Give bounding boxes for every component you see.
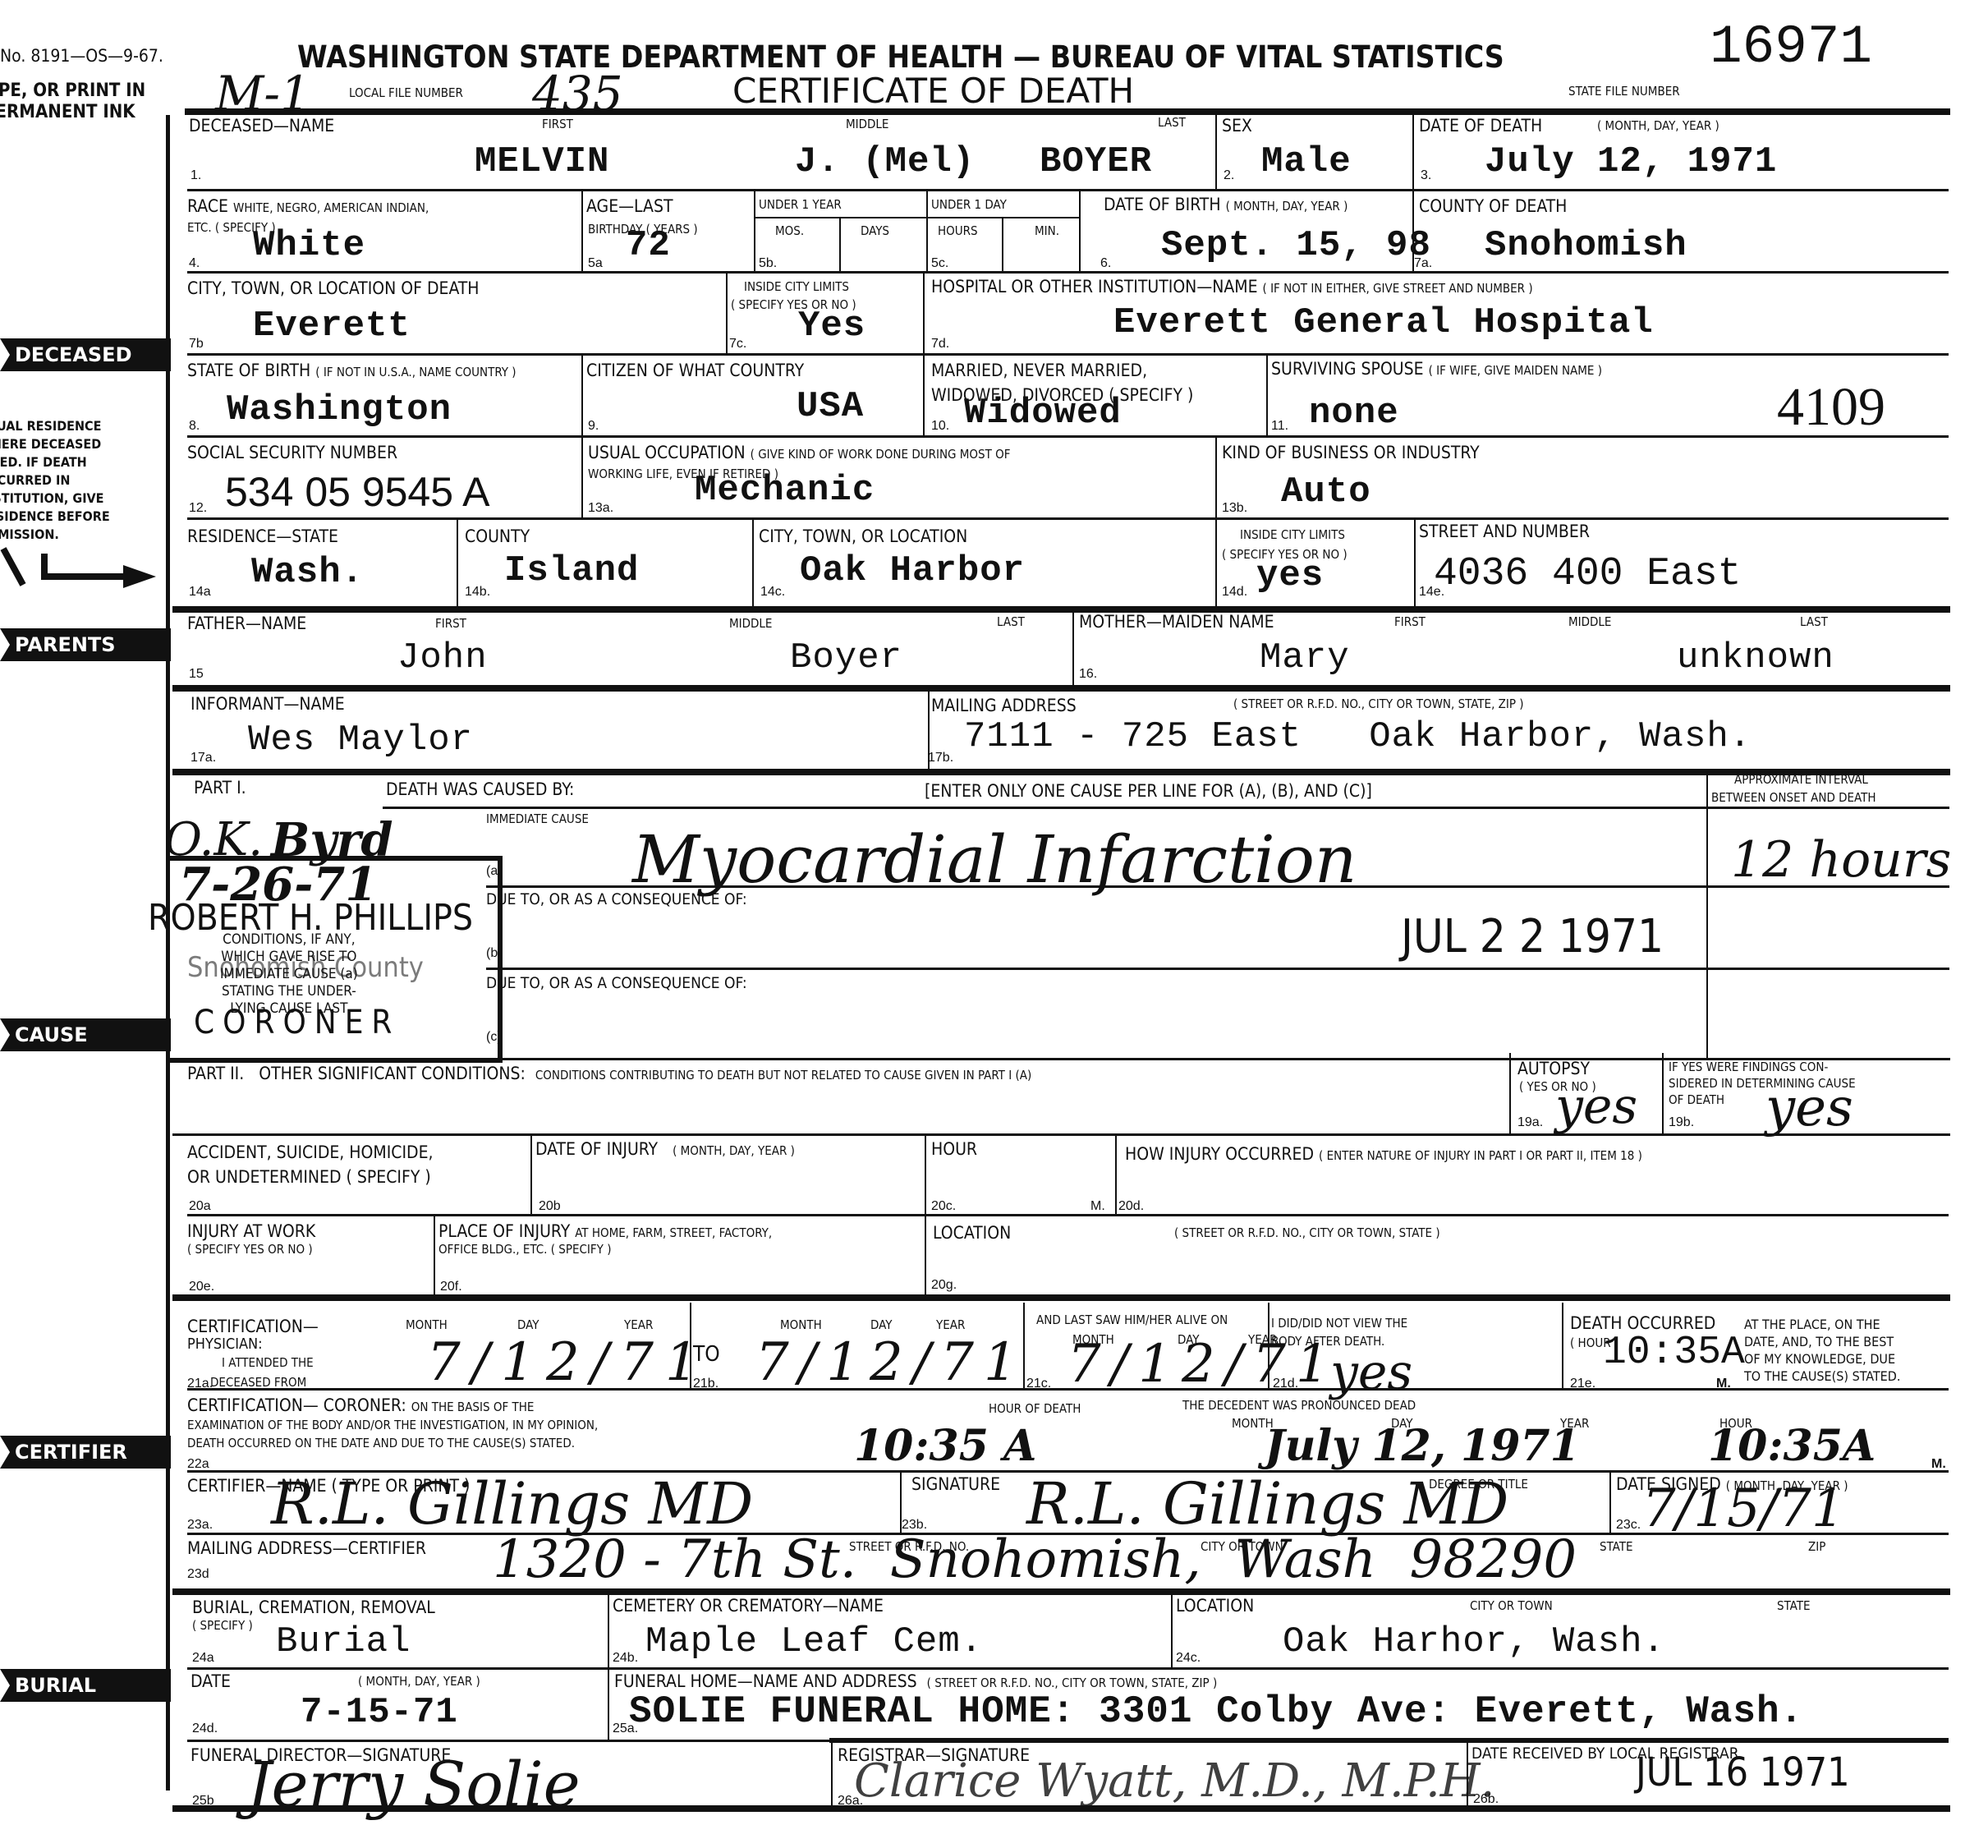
row-divider xyxy=(187,1740,836,1742)
street-label: STREET AND NUMBER xyxy=(1419,522,1590,540)
item-7c: 7c. xyxy=(729,337,746,352)
section-divider xyxy=(172,1588,1950,1595)
item-14a: 14a xyxy=(189,585,211,600)
section-divider xyxy=(172,1294,1950,1301)
item-4: 4. xyxy=(189,256,200,271)
row-divider xyxy=(486,885,1949,888)
to-date[interactable]: 7/12/71 xyxy=(755,1332,1027,1393)
injury-at-work-label: INJURY AT WORK xyxy=(187,1222,315,1240)
row-divider xyxy=(187,435,1949,438)
item-23d: 23d xyxy=(187,1567,209,1582)
divider xyxy=(1079,191,1081,271)
physician-cert-label-1: CERTIFICATION— xyxy=(187,1317,319,1335)
father-first-label: FIRST xyxy=(435,618,466,631)
divider xyxy=(1662,1053,1664,1133)
divider xyxy=(1467,1741,1468,1807)
row-divider xyxy=(486,968,1949,970)
coroner-hour-value[interactable]: 10:35 A xyxy=(854,1421,1036,1471)
section-divider xyxy=(172,769,1950,775)
item-2: 2. xyxy=(1224,168,1234,183)
interval-label-1: APPROXIMATE INTERVAL xyxy=(1734,774,1868,787)
coroner-stamp-title: CORONER xyxy=(194,1004,400,1041)
father-last[interactable]: Boyer xyxy=(790,637,902,678)
cemetery-value[interactable]: Maple Leaf Cem. xyxy=(645,1621,983,1662)
burial-location-label: LOCATION xyxy=(1176,1597,1254,1615)
min-label: MIN. xyxy=(1035,225,1059,238)
residence-county-label: COUNTY xyxy=(465,527,530,545)
item-19a: 19a. xyxy=(1517,1115,1543,1130)
citizen-label: CITIZEN OF WHAT COUNTRY xyxy=(586,361,804,379)
divider xyxy=(1215,112,1217,191)
dob-value[interactable]: Sept. 15, 98 xyxy=(1161,225,1431,266)
residence-state-label: RESIDENCE—STATE xyxy=(187,527,338,545)
street-value[interactable]: 4036 400 East xyxy=(1434,552,1741,596)
date-of-death-value[interactable]: July 12, 1971 xyxy=(1485,141,1777,182)
item-11: 11. xyxy=(1271,419,1288,434)
divider xyxy=(434,1214,435,1294)
divider xyxy=(923,353,925,435)
row-divider xyxy=(172,1133,1950,1136)
divider xyxy=(1609,1470,1611,1533)
burial-method-label: BURIAL, CREMATION, REMOVAL xyxy=(192,1598,435,1616)
item-24d: 24d. xyxy=(192,1722,218,1736)
place-of-injury-label: PLACE OF INJURY AT HOME, FARM, STREET, F… xyxy=(438,1222,772,1240)
deceased-name-label: DECEASED—NAME xyxy=(189,117,334,135)
injury-location-label: LOCATION xyxy=(933,1224,1011,1242)
burial-method-value[interactable]: Burial xyxy=(276,1621,411,1662)
item-7a: 7a. xyxy=(1414,256,1432,271)
pronounced-label: THE DECEDENT WAS PRONOUNCED DEAD xyxy=(1182,1400,1416,1413)
row-divider xyxy=(829,1738,1949,1743)
divider xyxy=(839,217,841,271)
divider xyxy=(926,191,928,271)
last-label: LAST xyxy=(1158,117,1186,130)
divider xyxy=(1072,608,1074,687)
city-of-death-value[interactable]: Everett xyxy=(253,306,411,347)
physician-cert-label-2: PHYSICIAN: xyxy=(187,1337,263,1353)
item-20a: 20a xyxy=(189,1199,211,1214)
form-top-border xyxy=(185,108,1950,115)
divider xyxy=(1268,1303,1269,1388)
state-of-birth-value[interactable]: Washington xyxy=(227,389,452,430)
item-24b: 24b. xyxy=(613,1651,638,1666)
state-file-label: STATE FILE NUMBER xyxy=(1568,85,1680,99)
business-value[interactable]: Auto xyxy=(1281,471,1371,513)
father-middle-label: MIDDLE xyxy=(729,618,772,631)
divider xyxy=(923,271,925,353)
due-to-c-label: DUE TO, OR AS A CONSEQUENCE OF: xyxy=(486,976,747,992)
certificate-title: CERTIFICATE OF DEATH xyxy=(732,71,1134,111)
citizen-value[interactable]: USA xyxy=(797,386,864,427)
item-13b: 13b. xyxy=(1222,501,1247,516)
hour-label: HOUR xyxy=(931,1140,977,1158)
marital-value[interactable]: Widowed xyxy=(964,393,1122,434)
item-5a: 5a xyxy=(588,256,603,271)
ssn-label: SOCIAL SECURITY NUMBER xyxy=(187,444,397,462)
divider xyxy=(1509,1053,1511,1133)
place-of-injury-hint: OFFICE BLDG., ETC. ( SPECIFY ) xyxy=(438,1243,611,1257)
divider xyxy=(726,271,728,353)
state-file-number[interactable]: 16971 xyxy=(1710,16,1872,78)
item-6: 6. xyxy=(1100,256,1111,271)
race-label: RACE WHITE, NEGRO, AMERICAN INDIAN, xyxy=(187,197,429,215)
tab-cause: CAUSE xyxy=(0,1018,171,1051)
burial-city-label: CITY OR TOWN xyxy=(1470,1600,1553,1613)
mailing-address-hint: ( STREET OR R.F.D. NO., CITY OR TOWN, ST… xyxy=(1233,698,1524,711)
father-first[interactable]: John xyxy=(397,637,488,678)
residence-city-value[interactable]: Oak Harbor xyxy=(800,550,1025,591)
margin-note: 4109 xyxy=(1777,376,1885,439)
coroner-stamp-county: Snohomish County xyxy=(187,951,424,984)
registrar-signature[interactable]: Clarice Wyatt, M.D., M.P.H. xyxy=(854,1754,1494,1808)
spouse-label: SURVIVING SPOUSE ( IF WIFE, GIVE MAIDEN … xyxy=(1271,360,1602,378)
residence-county-value[interactable]: Island xyxy=(504,550,639,591)
date-of-death-hint: ( MONTH, DAY, YEAR ) xyxy=(1597,120,1719,133)
burial-state-label: STATE xyxy=(1777,1600,1810,1613)
death-caused-by-label: DEATH WAS CAUSED BY: xyxy=(386,780,574,798)
age-value[interactable]: 72 xyxy=(626,225,671,266)
signature-label: SIGNATURE xyxy=(911,1475,1000,1493)
from-day-label: DAY xyxy=(517,1319,539,1332)
arrow-right-icon xyxy=(0,545,164,595)
section-divider xyxy=(172,685,1950,692)
under-1-year-label: UNDER 1 YEAR xyxy=(759,199,842,212)
divider xyxy=(1115,1133,1117,1216)
one-cause-per-line: [ENTER ONLY ONE CAUSE PER LINE FOR (a), … xyxy=(925,782,1372,800)
father-last-label: LAST xyxy=(997,616,1025,629)
hospital-label: HOSPITAL OR OTHER INSTITUTION—NAME ( IF … xyxy=(931,278,1533,296)
residence-inside-label: INSIDE CITY LIMITS xyxy=(1240,529,1345,542)
findings-value[interactable]: yes xyxy=(1765,1078,1853,1138)
sex-label: SEX xyxy=(1222,117,1252,135)
row-divider xyxy=(187,517,1949,520)
to-label: TO xyxy=(693,1344,720,1366)
item-9: 9. xyxy=(588,419,599,434)
residence-note: USUAL RESIDENCE WHERE DECEASED LIVED. IF… xyxy=(0,417,110,544)
item-14c: 14c. xyxy=(760,585,785,600)
residence-inside-value[interactable]: yes xyxy=(1256,555,1324,596)
tab-burial: BURIAL xyxy=(0,1669,171,1702)
mother-first-label: FIRST xyxy=(1394,616,1426,629)
pronounced-date[interactable]: July 12, 1971 xyxy=(1265,1421,1580,1471)
county-of-death-value[interactable]: Snohomish xyxy=(1485,225,1687,266)
death-occurred-label: DEATH OCCURRED xyxy=(1570,1314,1715,1332)
row-divider xyxy=(187,189,1949,191)
to-month-label: MONTH xyxy=(780,1319,822,1332)
father-label: FATHER—NAME xyxy=(187,614,306,632)
item-13a: 13a. xyxy=(588,501,613,516)
mother-middle-label: MIDDLE xyxy=(1568,616,1611,629)
accident-label-2: OR UNDETERMINED ( SPECIFY ) xyxy=(187,1168,431,1186)
from-month-label: MONTH xyxy=(406,1319,448,1332)
item-17b: 17b. xyxy=(928,751,953,765)
age-label: AGE—LAST xyxy=(586,197,673,215)
mother-last-label: LAST xyxy=(1800,616,1828,629)
part2-label: PART II. OTHER SIGNIFICANT CONDITIONS: C… xyxy=(187,1064,1031,1083)
item-12: 12. xyxy=(189,501,207,516)
informant-label: INFORMANT—NAME xyxy=(191,695,345,713)
city-of-death-label: CITY, TOWN, OR LOCATION OF DEATH xyxy=(187,279,480,297)
coroner-cert-text-2: EXAMINATION OF THE BODY AND/OR THE INVES… xyxy=(187,1419,598,1432)
accident-label-1: ACCIDENT, SUICIDE, HOMICIDE, xyxy=(187,1143,434,1161)
certifier-mailing-label: MAILING ADDRESS—CERTIFIER xyxy=(187,1539,426,1557)
first-label: FIRST xyxy=(542,118,573,131)
how-injury-label: HOW INJURY OCCURRED ( ENTER NATURE OF IN… xyxy=(1125,1145,1642,1163)
received-stamp: JUL 2 2 1971 xyxy=(1401,910,1664,963)
item-20c: 20c. xyxy=(931,1199,956,1214)
deceased-last[interactable]: BOYER xyxy=(1040,141,1152,182)
item-23c: 23c. xyxy=(1616,1518,1641,1533)
divider xyxy=(1215,435,1217,517)
marital-label: MARRIED, NEVER MARRIED, xyxy=(931,361,1147,379)
item-10: 10. xyxy=(931,419,949,434)
item-5c: 5c. xyxy=(931,256,948,271)
injury-at-work-hint: ( SPECIFY YES OR NO ) xyxy=(187,1243,313,1257)
section-divider xyxy=(172,606,1950,613)
item-20f: 20f. xyxy=(440,1280,462,1294)
ssn-value[interactable]: 534 05 9545 A xyxy=(225,468,490,516)
under-1-day-label: UNDER 1 DAY xyxy=(931,199,1007,212)
last-saw-label: AND LAST SAW HIM/HER ALIVE ON xyxy=(1036,1314,1228,1327)
divider xyxy=(690,1303,691,1388)
item-20d: 20d. xyxy=(1118,1199,1144,1214)
ink-instruction-2: PERMANENT INK xyxy=(0,102,135,122)
occupation-label: USUAL OCCUPATION ( GIVE KIND OF WORK DON… xyxy=(588,444,1011,462)
findings-label-3: OF DEATH xyxy=(1669,1094,1724,1107)
divider xyxy=(1562,1303,1563,1388)
item-23a: 23a. xyxy=(187,1518,213,1533)
divider xyxy=(530,1133,532,1216)
divider xyxy=(831,1741,833,1807)
item-20b: 20b xyxy=(539,1199,561,1214)
row-divider xyxy=(383,807,1949,809)
county-of-death-label: COUNTY OF DEATH xyxy=(1419,197,1567,215)
local-file-label: LOCAL FILE NUMBER xyxy=(349,87,463,100)
date-of-injury-label: DATE OF INJURY ( MONTH, DAY, YEAR ) xyxy=(535,1140,795,1158)
informant-name[interactable]: Wes Maylor xyxy=(248,719,473,761)
hours-label: HOURS xyxy=(938,225,978,238)
department-title: WASHINGTON STATE DEPARTMENT OF HEALTH — … xyxy=(297,39,1504,75)
mother-first[interactable]: Mary xyxy=(1260,637,1350,678)
death-hour-value[interactable]: 10:35A xyxy=(1603,1331,1745,1375)
item-14d: 14d. xyxy=(1222,585,1247,600)
autopsy-label: AUTOPSY xyxy=(1517,1060,1590,1078)
to-day-label: DAY xyxy=(870,1319,892,1332)
mother-last[interactable]: unknown xyxy=(1677,637,1834,678)
informant-address[interactable]: 7111 - 725 East Oak Harbor, Wash. xyxy=(964,716,1752,757)
form-bottom-border xyxy=(172,1805,1950,1812)
row-divider xyxy=(187,271,1949,274)
inside-city-value[interactable]: Yes xyxy=(798,306,865,347)
mos-label: MOS. xyxy=(775,225,804,238)
item-15: 15 xyxy=(189,667,204,682)
item-14b: 14b. xyxy=(465,585,490,600)
from-year-label: YEAR xyxy=(624,1319,653,1332)
item-24c: 24c. xyxy=(1176,1651,1201,1666)
item-8: 8. xyxy=(189,419,200,434)
burial-method-hint: ( SPECIFY ) xyxy=(192,1620,253,1633)
due-to-b-label: DUE TO, OR AS A CONSEQUENCE OF: xyxy=(486,892,747,908)
pronounced-hour[interactable]: 10:35A xyxy=(1708,1421,1876,1471)
degree-label: DEGREE OR TITLE xyxy=(1429,1478,1528,1492)
divider xyxy=(1171,1593,1173,1667)
to-year-label: YEAR xyxy=(936,1319,965,1332)
divider xyxy=(754,191,755,271)
sex-value[interactable]: Male xyxy=(1261,141,1352,182)
dob-label: DATE OF BIRTH ( MONTH, DAY, YEAR ) xyxy=(1104,195,1348,214)
certifier-zip-label: ZIP xyxy=(1808,1541,1825,1554)
residence-state-value[interactable]: Wash. xyxy=(251,552,364,593)
burial-location-value[interactable]: Oak Harhor, Wash. xyxy=(1283,1621,1665,1662)
item-7b: 7b xyxy=(189,337,204,352)
date-signed-value[interactable]: 7/15/71 xyxy=(1642,1478,1845,1539)
interval-label-2: BETWEEN ONSET AND DEATH xyxy=(1711,792,1876,805)
hour-suffix: M. xyxy=(1090,1199,1105,1214)
funeral-home-label: FUNERAL HOME—NAME AND ADDRESS ( STREET O… xyxy=(614,1672,1217,1690)
deceased-middle[interactable]: J. (Mel) xyxy=(795,141,975,182)
item-7d: 7d. xyxy=(931,337,949,352)
tab-parents: PARENTS xyxy=(0,628,171,661)
viewed-value[interactable]: yes xyxy=(1330,1344,1412,1401)
findings-label-1: IF YES WERE FINDINGS CON- xyxy=(1669,1061,1828,1074)
certifier-state-label: STATE xyxy=(1600,1541,1632,1554)
item-20g: 20g. xyxy=(931,1278,957,1293)
divider xyxy=(457,517,458,608)
item-5b: 5b. xyxy=(759,256,777,271)
row-divider xyxy=(187,1667,1949,1670)
divider xyxy=(1414,517,1416,608)
date-of-death-label: DATE OF DEATH xyxy=(1419,117,1542,135)
divider xyxy=(1002,217,1003,271)
days-label: DAYS xyxy=(861,225,889,238)
occupation-value[interactable]: Mechanic xyxy=(695,470,875,511)
row-divider xyxy=(187,1388,1949,1391)
race-value[interactable]: White xyxy=(253,225,365,266)
coroner-date: 7-26-71 xyxy=(179,857,377,912)
divider xyxy=(581,435,583,517)
hospital-value[interactable]: Everett General Hospital xyxy=(1113,302,1654,343)
burial-date-value[interactable]: 7-15-71 xyxy=(301,1692,458,1733)
residence-city-label: CITY, TOWN, OR LOCATION xyxy=(759,527,967,545)
item-24a: 24a xyxy=(192,1651,214,1666)
cemetery-label: CEMETERY OR CREMATORY—NAME xyxy=(613,1597,884,1615)
immediate-cause-label: IMMEDIATE CAUSE xyxy=(486,813,589,826)
divider xyxy=(1215,517,1217,608)
divider xyxy=(581,191,583,271)
certifier-name[interactable]: R.L. Gillings MD xyxy=(271,1470,753,1538)
funeral-home-value[interactable]: SOLIE FUNERAL HOME: 3301 Colby Ave: Ever… xyxy=(629,1690,1803,1733)
coroner-cert-text-3: DEATH OCCURRED ON THE DATE AND DUE TO TH… xyxy=(187,1437,575,1450)
ink-instruction-1: TYPE, OR PRINT IN xyxy=(0,80,145,101)
from-date[interactable]: 7/12/71 xyxy=(427,1332,710,1393)
certifier-mailing-value[interactable]: 1320 - 7th St. Snohomish, Wash 98290 xyxy=(493,1529,1577,1590)
deceased-first[interactable]: MELVIN xyxy=(475,141,609,182)
autopsy-value[interactable]: yes xyxy=(1555,1078,1637,1135)
row-divider xyxy=(187,353,1949,356)
divider xyxy=(581,353,583,435)
item-19b: 19b. xyxy=(1669,1115,1694,1130)
coroner-cert-label: CERTIFICATION— CORONER: ON THE BASIS OF … xyxy=(187,1396,534,1414)
divider xyxy=(1706,772,1708,1060)
item-16: 16. xyxy=(1079,667,1097,682)
divider xyxy=(752,517,754,608)
mother-label: MOTHER—MAIDEN NAME xyxy=(1079,613,1274,631)
divider xyxy=(1266,353,1268,435)
spouse-value[interactable]: none xyxy=(1309,393,1399,434)
item-17a: 17a. xyxy=(191,751,216,765)
business-label: KIND OF BUSINESS OR INDUSTRY xyxy=(1222,444,1480,462)
item-1: 1. xyxy=(191,168,201,183)
burial-date-label: DATE xyxy=(191,1672,231,1690)
inside-city-label: INSIDE CITY LIMITS xyxy=(744,281,849,294)
middle-label: MIDDLE xyxy=(846,118,888,131)
attended-label-1: I ATTENDED THE xyxy=(222,1357,314,1370)
death-statement: AT THE PLACE, ON THE DATE, AND, TO THE B… xyxy=(1744,1316,1900,1385)
state-of-birth-label: STATE OF BIRTH ( IF NOT IN U.S.A., NAME … xyxy=(187,361,517,379)
item-3: 3. xyxy=(1421,168,1431,183)
tab-deceased: DECEASED xyxy=(0,338,171,371)
mailing-address-label: MAILING ADDRESS xyxy=(931,696,1077,715)
date-received-stamp: JUL 16 1971 xyxy=(1636,1749,1850,1795)
divider xyxy=(1023,1303,1025,1388)
injury-location-hint: ( STREET OR R.F.D. NO., CITY OR TOWN, ST… xyxy=(1174,1227,1440,1240)
hour-of-death-label: HOUR OF DEATH xyxy=(989,1403,1081,1416)
form-number: No. 8191—OS—9-67. xyxy=(0,46,163,66)
item-20e: 20e. xyxy=(189,1280,214,1294)
interval-value[interactable]: 12 hours xyxy=(1731,831,1951,889)
burial-date-hint: ( MONTH, DAY, YEAR ) xyxy=(358,1676,480,1689)
viewed-label-1: I DID/DID NOT VIEW THE xyxy=(1271,1317,1407,1331)
row-divider xyxy=(187,1214,1949,1216)
tab-certifier: CERTIFIER xyxy=(0,1436,171,1469)
part1-label: PART I. xyxy=(194,779,246,797)
